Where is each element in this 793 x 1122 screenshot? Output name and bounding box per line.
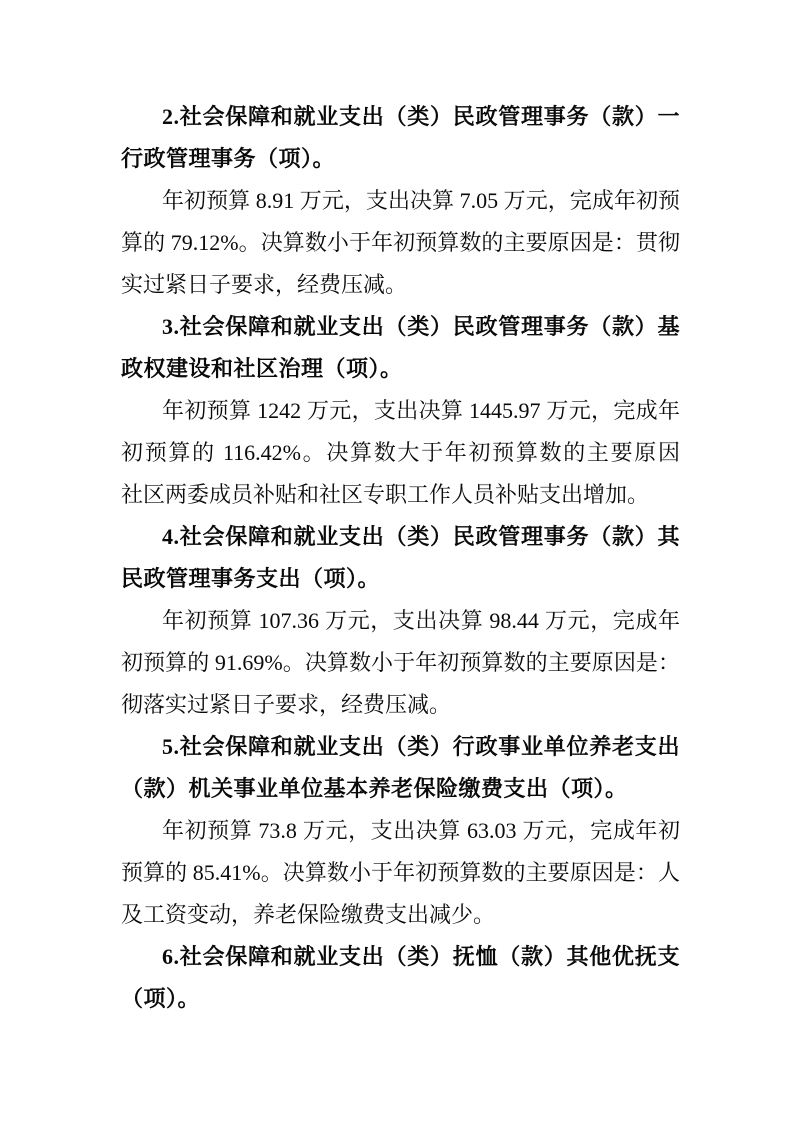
section-body-line: 预算的 85.41%。决算数小于年初预算数的主要原因是：人员: [121, 852, 680, 894]
section-heading-line: 4.社会保障和就业支出（类）民政管理事务（款）其他: [121, 516, 680, 558]
section-body-line: 年初预算 107.36 万元，支出决算 98.44 万元，完成年: [121, 600, 680, 642]
section-heading-line: （项）。: [121, 978, 680, 1020]
section-heading-line: 行政管理事务（项）。: [121, 138, 680, 180]
budget-section: 5.社会保障和就业支出（类）行政事业单位养老支出（款）机关事业单位基本养老保险缴…: [121, 726, 680, 936]
section-body-line: 年初预算 1242 万元，支出决算 1445.97 万元，完成年: [121, 390, 680, 432]
section-heading-line: 6.社会保障和就业支出（类）抚恤（款）其他优抚支出: [121, 936, 680, 978]
section-body-line: 及工资变动，养老保险缴费支出减少。: [121, 894, 680, 936]
section-body-line: 彻落实过紧日子要求，经费压减。: [121, 684, 680, 726]
section-body-line: 初预算的 91.69%。决算数小于年初预算数的主要原因是：贯: [121, 642, 680, 684]
section-heading-line: 5.社会保障和就业支出（类）行政事业单位养老支出: [121, 726, 680, 768]
section-heading-line: 民政管理事务支出（项）。: [121, 558, 680, 600]
section-body-line: 年初预算 73.8 万元，支出决算 63.03 万元，完成年初: [121, 810, 680, 852]
budget-section: 2.社会保障和就业支出（类）民政管理事务（款）一般行政管理事务（项）。年初预算 …: [121, 96, 680, 306]
budget-section: 6.社会保障和就业支出（类）抚恤（款）其他优抚支出（项）。: [121, 936, 680, 1020]
section-body-line: 算的 79.12%。决算数小于年初预算数的主要原因是：贯彻落: [121, 222, 680, 264]
section-heading-line: （款）机关事业单位基本养老保险缴费支出（项）。: [121, 768, 680, 810]
document-page: 2.社会保障和就业支出（类）民政管理事务（款）一般行政管理事务（项）。年初预算 …: [0, 0, 793, 1122]
budget-section: 4.社会保障和就业支出（类）民政管理事务（款）其他民政管理事务支出（项）。年初预…: [121, 516, 680, 726]
section-heading-line: 2.社会保障和就业支出（类）民政管理事务（款）一般: [121, 96, 680, 138]
section-body-line: 初预算的 116.42%。决算数大于年初预算数的主要原因是：: [121, 432, 680, 474]
section-heading-line: 政权建设和社区治理（项）。: [121, 348, 680, 390]
section-body-line: 实过紧日子要求，经费压减。: [121, 264, 680, 306]
section-body-line: 社区两委成员补贴和社区专职工作人员补贴支出增加。: [121, 474, 680, 516]
section-body-line: 年初预算 8.91 万元，支出决算 7.05 万元，完成年初预: [121, 180, 680, 222]
document-content: 2.社会保障和就业支出（类）民政管理事务（款）一般行政管理事务（项）。年初预算 …: [121, 96, 680, 1020]
budget-section: 3.社会保障和就业支出（类）民政管理事务（款）基层政权建设和社区治理（项）。年初…: [121, 306, 680, 516]
section-heading-line: 3.社会保障和就业支出（类）民政管理事务（款）基层: [121, 306, 680, 348]
